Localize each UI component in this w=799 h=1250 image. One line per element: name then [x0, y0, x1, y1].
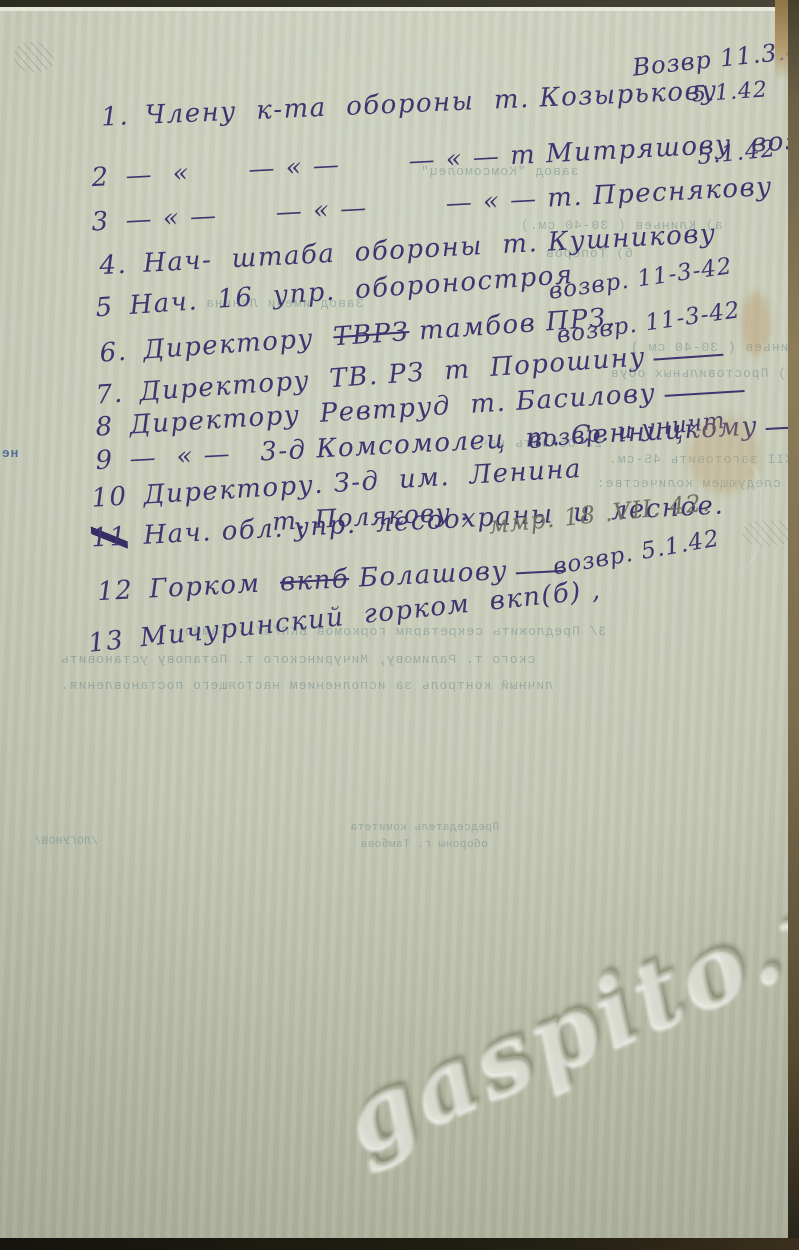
paper-stain [742, 292, 770, 356]
pencil-scribble [14, 42, 54, 72]
paper-crease [700, 452, 762, 582]
row-text: Мичуринский горком вкп(б) , [139, 575, 603, 653]
scanned-document-page: завод "Комсомолец" а) Клиньев ( 30-40 см… [0, 0, 799, 1250]
scan-edge-top-highlight [0, 7, 799, 11]
scan-edge-right [788, 0, 799, 1250]
scan-edge-top [0, 0, 799, 7]
row-number: 1. [101, 101, 130, 132]
bleedthrough-fragment: нее [0, 446, 18, 461]
scan-edge-bottom [0, 1238, 799, 1250]
bleedthrough-signature-title: обороны г. Тамбова [360, 839, 488, 851]
watermark: gaspito.ru [329, 867, 799, 1250]
bleedthrough-signature-title: Председатель комитета [350, 822, 499, 834]
row-number: 13 [87, 625, 126, 659]
bleedthrough-signature-name: /ЛОГУНОВ/ [34, 836, 98, 848]
